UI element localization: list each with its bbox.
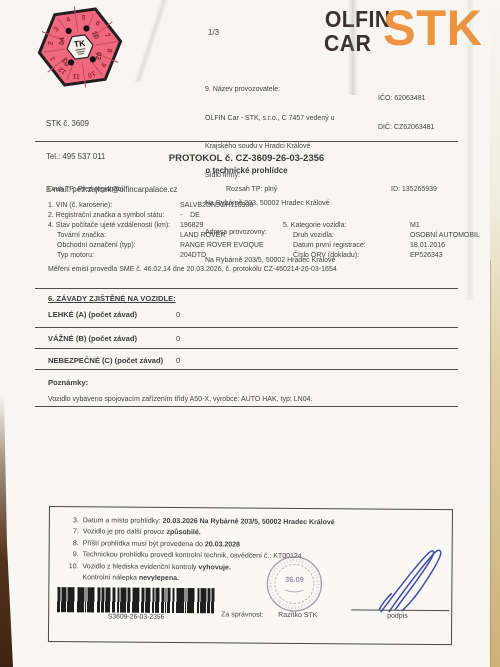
plate-label: 2. Registrační značka a symbol státu:: [48, 211, 180, 221]
protocol-title-block: PROTOKOL č. CZ-3609-26-03-2356 o technic…: [35, 153, 458, 175]
defect-divider-3: [35, 369, 458, 370]
olfin-car-stk-logo: OLFIN CAR STK: [308, 6, 468, 62]
vin-value: SALVB2DN9GH110938: [180, 201, 253, 211]
stk-inspection-sticker-icon: 1 2 3 4 5 6 7 8 9 10 11 12 04 10 02 03 T…: [28, 0, 131, 97]
druh-tp: Druh TP: Před registrací: [48, 185, 123, 195]
paper-crease: [128, 0, 174, 82]
podpis-label: podpis: [387, 613, 408, 620]
protocol-id: ID: 135265939: [391, 185, 437, 195]
barcode: [57, 587, 215, 613]
protocol-title: PROTOKOL č. CZ-3609-26-03-2356: [35, 153, 458, 164]
category-value: M1: [410, 221, 420, 231]
odometer-value: 196829: [180, 221, 203, 231]
defect-row-serious: VÁŽNÉ (B) (počet závad) 0: [48, 334, 428, 343]
za-spravnost-label: Za správnost:: [221, 611, 263, 618]
signature: [369, 544, 448, 617]
paper-crease: [466, 0, 474, 300]
defect-divider-2: [35, 348, 458, 349]
emission-note: Měření emisí provedla SME č. 46.02.14 dn…: [48, 265, 337, 275]
operator-name-2: Krajského soudu v Hradci Králové: [205, 142, 335, 152]
first-reg-label: Datum první registrace:: [283, 241, 410, 251]
defect-light-label: LEHKÉ (A) (počet závad): [48, 310, 176, 319]
operator-name-1: OLFIN Car - STK, s.r.o., C 7457 vedený u: [205, 114, 335, 124]
defect-row-light: LEHKÉ (A) (počet závad) 0: [48, 310, 428, 319]
defects-top-divider: [35, 288, 458, 289]
defect-dangerous-label: NEBEZPEČNÉ (C) (počet závad): [48, 356, 176, 365]
notes-label: Poznámky:: [48, 378, 88, 387]
station-number: STK č. 3609: [46, 118, 177, 129]
defects-heading: 6. ZÁVADY ZJIŠTĚNÉ NA VOZIDLE:: [48, 294, 176, 303]
ico: IČO: 62063481: [378, 94, 434, 104]
company-ids-block: IČO: 62063481 DIČ: CZ62063481: [378, 75, 434, 151]
notes-divider: [35, 406, 458, 407]
sticker-tk-label: TK: [73, 38, 86, 50]
first-reg-value: 18.01.2016: [410, 241, 445, 251]
barcode-text: S3609-26-03-2356: [57, 613, 215, 621]
tk-hexagon-icon: 1 2 3 4 5 6 7 8 9 10 11 12 04 10 02 03 T…: [28, 0, 131, 97]
defect-serious-count: 0: [176, 334, 180, 343]
result-box: 3.Datum a místo prohlídky: 20.03.2026 Na…: [48, 506, 453, 645]
vehicle-info-left: 1. VIN (č. karoserie):SALVB2DN9GH110938 …: [48, 201, 288, 261]
defect-dangerous-count: 0: [176, 356, 180, 365]
defect-divider-1: [35, 327, 458, 328]
notes-text: Vozidlo vybaveno spojovacím zařízením tř…: [48, 395, 312, 405]
photo-background-right-edge: [490, 0, 500, 667]
engine-value: 204DTD: [180, 251, 206, 261]
photo-background-left-edge: [0, 395, 13, 667]
vehicle-info-right: 5. Kategorie vozidla:M1 Druh vozidla:OSO…: [283, 221, 483, 261]
defect-serious-label: VÁŽNÉ (B) (počet závad): [48, 334, 176, 343]
defect-row-dangerous: NEBEZPEČNÉ (C) (počet závad) 0: [48, 356, 428, 365]
razitko-label: Razítko STK: [278, 612, 317, 619]
kind-label: Druh vozidla:: [283, 231, 410, 241]
scanned-protocol-page: 1 2 3 4 5 6 7 8 9 10 11 12 04 10 02 03 T…: [0, 0, 500, 667]
stamp-number: 36.09: [285, 575, 304, 584]
header-divider: [35, 141, 458, 142]
defect-light-count: 0: [176, 310, 180, 319]
vin-label: 1. VIN (č. karoserie):: [48, 201, 180, 211]
orv-label: Číslo ORV (dokladu):: [283, 251, 410, 261]
plate-value: - DE: [180, 211, 200, 221]
category-label: 5. Kategorie vozidla:: [283, 221, 410, 231]
model-value: RANGE ROVER EVOQUE: [180, 241, 264, 251]
sticker-inner-04: 04: [59, 37, 66, 45]
paper-crease: [348, 0, 358, 95]
engine-label: Typ motoru:: [48, 251, 180, 261]
make-value: LAND ROVER: [180, 231, 226, 241]
model-label: Obchodní označení (typ):: [48, 241, 180, 251]
sticker-num-11: 11: [72, 72, 80, 80]
orv-value: EP526343: [410, 251, 443, 261]
operator-label: 9. Název provozovatele:: [205, 85, 335, 95]
rozsah-tp: Rozsah TP: plný: [226, 185, 277, 195]
protocol-subtitle: o technické prohlídce: [35, 166, 458, 175]
odometer-label: 4. Stav počítače ujeté vzdálenosti (km):: [48, 221, 180, 231]
dic: DIČ: CZ62063481: [378, 123, 434, 133]
stk-stamp-icon: 36.09: [265, 555, 323, 613]
page-number: 1/3: [208, 28, 219, 37]
make-label: Tovární značka:: [48, 231, 180, 241]
